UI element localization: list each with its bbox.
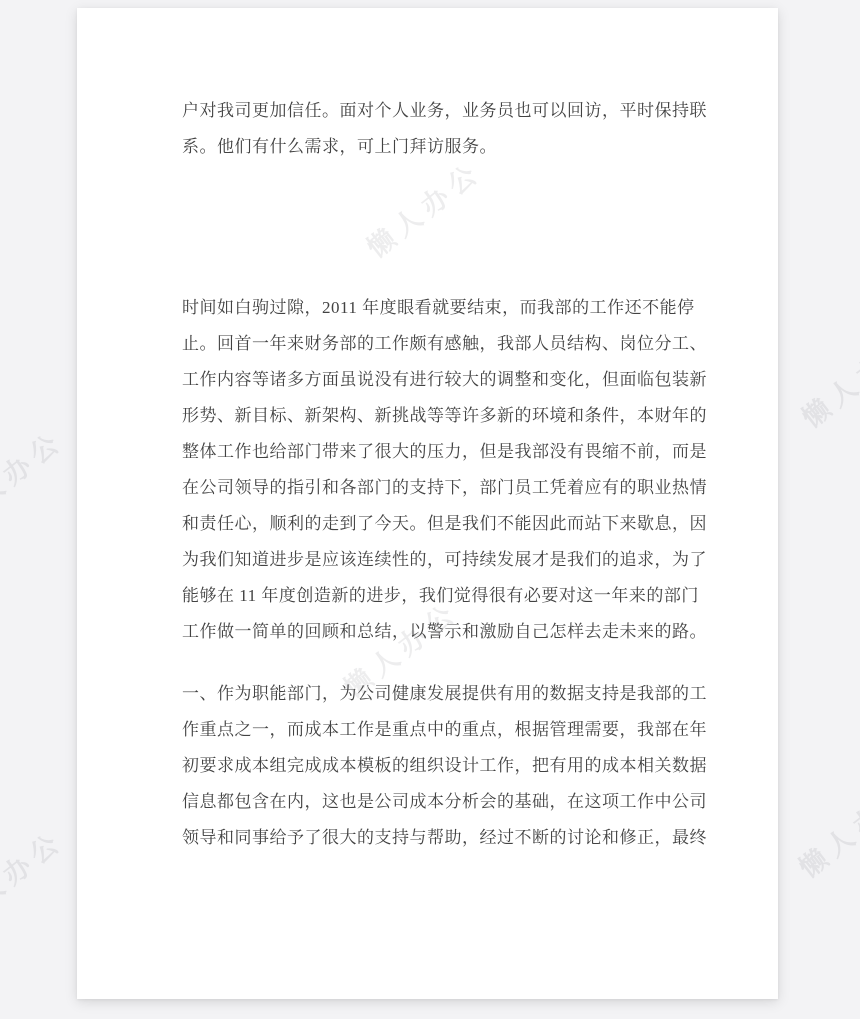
text-line: 整体工作也给部门带来了很大的压力，但是我部没有畏缩不前，而是 — [182, 434, 678, 470]
text-line: 能够在 11 年度创造新的进步，我们觉得很有必要对这一年来的部门 — [182, 578, 678, 614]
text-line: 工作做一简单的回顾和总结，以警示和激励自己怎样去走未来的路。 — [182, 614, 678, 650]
watermark-text: 懒人办公 — [0, 420, 71, 534]
text-line: 信息都包含在内，这也是公司成本分析会的基础，在这项工作中公司 — [182, 784, 678, 820]
paragraph-1: 户对我司更加信任。面对个人业务，业务员也可以回访，平时保持联 系。他们有什么需求… — [182, 93, 678, 165]
watermark-text: 懒人办公 — [0, 820, 71, 934]
text-line: 一、作为职能部门，为公司健康发展提供有用的数据支持是我部的工 — [182, 676, 678, 712]
paragraph-3: 一、作为职能部门，为公司健康发展提供有用的数据支持是我部的工 作重点之一，而成本… — [182, 676, 678, 856]
text-line: 时间如白驹过隙，2011 年度眼看就要结束，而我部的工作还不能停 — [182, 290, 678, 326]
text-line: 和责任心，顺利的走到了今天。但是我们不能因此而站下来歇息，因 — [182, 506, 678, 542]
text-line: 在公司领导的指引和各部门的支持下，部门员工凭着应有的职业热情 — [182, 470, 678, 506]
text-line: 系。他们有什么需求，可上门拜访服务。 — [182, 129, 678, 165]
text-line: 止。回首一年来财务部的工作颇有感触，我部人员结构、岗位分工、 — [182, 326, 678, 362]
text-line: 为我们知道进步是应该连续性的，可持续发展才是我们的追求，为了 — [182, 542, 678, 578]
document-viewer: 户对我司更加信任。面对个人业务，业务员也可以回访，平时保持联 系。他们有什么需求… — [0, 0, 860, 1019]
text-line: 领导和同事给予了很大的支持与帮助，经过不断的讨论和修正，最终 — [182, 820, 678, 856]
text-line: 户对我司更加信任。面对个人业务，业务员也可以回访，平时保持联 — [182, 93, 678, 129]
document-page: 户对我司更加信任。面对个人业务，业务员也可以回访，平时保持联 系。他们有什么需求… — [77, 8, 778, 999]
text-line: 作重点之一，而成本工作是重点中的重点，根据管理需要，我部在年 — [182, 712, 678, 748]
watermark-text: 懒人办公 — [792, 321, 860, 435]
text-line: 形势、新目标、新架构、新挑战等等许多新的环境和条件，本财年的 — [182, 398, 678, 434]
text-line: 初要求成本组完成成本模板的组织设计工作，把有用的成本相关数据 — [182, 748, 678, 784]
page-content: 户对我司更加信任。面对个人业务，业务员也可以回访，平时保持联 系。他们有什么需求… — [182, 93, 678, 856]
text-line: 工作内容等诸多方面虽说没有进行较大的调整和变化，但面临包装新 — [182, 362, 678, 398]
paragraph-2: 时间如白驹过隙，2011 年度眼看就要结束，而我部的工作还不能停 止。回首一年来… — [182, 290, 678, 650]
watermark-text: 懒人办公 — [789, 771, 860, 885]
